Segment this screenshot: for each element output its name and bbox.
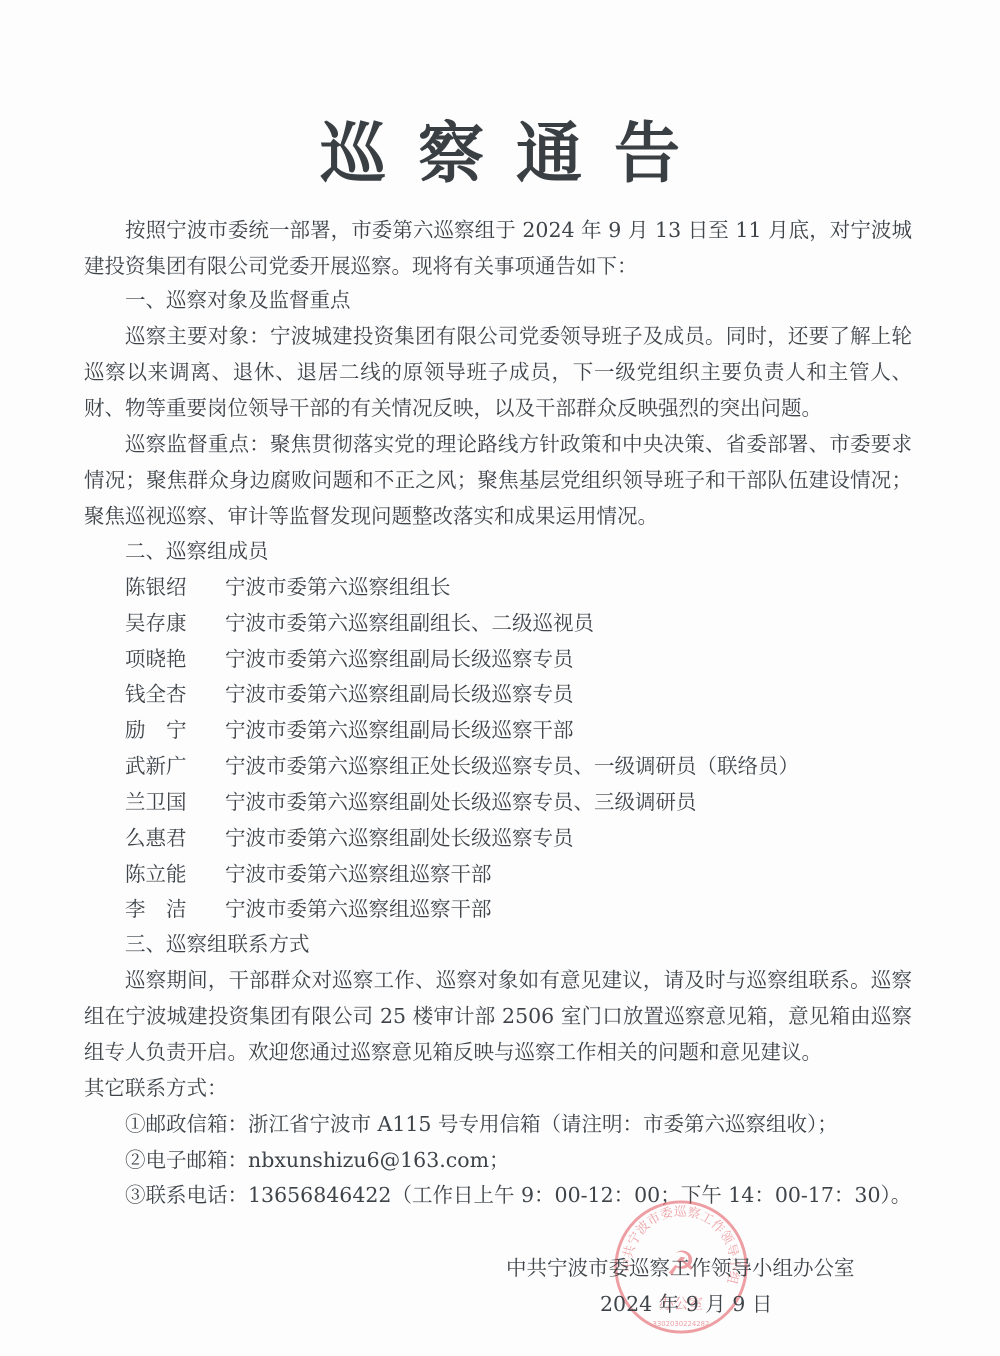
section3-heading: 三、巡察组联系方式	[125, 926, 310, 962]
member-row: 陈立能宁波市委第六巡察组巡察干部	[125, 856, 492, 892]
member-row: 项晓艳宁波市委第六巡察组副局长级巡察专员	[125, 641, 574, 677]
contact-phone: ③联系电话：13656846422（工作日上午 9：00-12：00；下午 14…	[125, 1177, 911, 1213]
member-role: 宁波市委第六巡察组副组长、二级巡视员	[225, 605, 594, 641]
member-name: 陈银绍	[125, 569, 225, 605]
member-row: 励 宁宁波市委第六巡察组副局长级巡察干部	[125, 712, 574, 748]
member-role: 宁波市委第六巡察组副处长级巡察专员	[225, 820, 574, 856]
member-name: 武新广	[125, 748, 225, 784]
other-contacts-label: 其它联系方式：	[84, 1070, 912, 1106]
member-name: 吴存康	[125, 605, 225, 641]
member-row: 陈银绍宁波市委第六巡察组组长	[125, 569, 451, 605]
member-name: 项晓艳	[125, 641, 225, 677]
member-row: 吴存康宁波市委第六巡察组副组长、二级巡视员	[125, 605, 594, 641]
member-name: 钱全杏	[125, 676, 225, 712]
member-role: 宁波市委第六巡察组正处长级巡察专员、一级调研员（联络员）	[225, 748, 799, 784]
signature-org: 中共宁波市委巡察工作领导小组办公室	[506, 1250, 855, 1286]
member-row: 么惠君宁波市委第六巡察组副处长级巡察专员	[125, 820, 574, 856]
contact-email[interactable]: ②电子邮箱：nbxunshizu6@163.com；	[125, 1142, 510, 1178]
member-name: 励 宁	[125, 712, 225, 748]
member-role: 宁波市委第六巡察组巡察干部	[225, 891, 492, 927]
section2-heading: 二、巡察组成员	[125, 533, 269, 569]
member-row: 武新广宁波市委第六巡察组正处长级巡察专员、一级调研员（联络员）	[125, 748, 799, 784]
member-role: 宁波市委第六巡察组副局长级巡察干部	[225, 712, 574, 748]
member-name: 兰卫国	[125, 784, 225, 820]
member-name: 李 洁	[125, 891, 225, 927]
targets-paragraph: 巡察主要对象：宁波城建投资集团有限公司党委领导班子及成员。同时，还要了解上轮巡察…	[84, 318, 912, 426]
document-page: 巡察通告 按照宁波市委统一部署，市委第六巡察组于 2024 年 9 月 13 日…	[0, 0, 1000, 1356]
intro-paragraph: 按照宁波市委统一部署，市委第六巡察组于 2024 年 9 月 13 日至 11 …	[84, 212, 912, 284]
member-role: 宁波市委第六巡察组副局长级巡察专员	[225, 641, 574, 677]
member-role: 宁波市委第六巡察组副局长级巡察专员	[225, 676, 574, 712]
contact-mailbox: ①邮政信箱：浙江省宁波市 A115 号专用信箱（请注明：市委第六巡察组收）；	[125, 1106, 838, 1142]
member-row: 李 洁宁波市委第六巡察组巡察干部	[125, 891, 492, 927]
contact-paragraph: 巡察期间，干部群众对巡察工作、巡察对象如有意见建议，请及时与巡察组联系。巡察组在…	[84, 962, 912, 1070]
member-name: 么惠君	[125, 820, 225, 856]
member-row: 兰卫国宁波市委第六巡察组副处长级巡察专员、三级调研员	[125, 784, 697, 820]
section1-heading: 一、巡察对象及监督重点	[125, 282, 351, 318]
member-row: 钱全杏宁波市委第六巡察组副局长级巡察专员	[125, 676, 574, 712]
member-name: 陈立能	[125, 856, 225, 892]
document-title: 巡察通告	[0, 100, 1000, 195]
member-role: 宁波市委第六巡察组副处长级巡察专员、三级调研员	[225, 784, 697, 820]
signature-date: 2024 年 9 月 9 日	[600, 1286, 772, 1322]
focus-paragraph: 巡察监督重点：聚焦贯彻落实党的理论路线方针政策和中央决策、省委部署、市委要求情况…	[84, 426, 912, 534]
member-role: 宁波市委第六巡察组组长	[225, 569, 451, 605]
member-role: 宁波市委第六巡察组巡察干部	[225, 856, 492, 892]
